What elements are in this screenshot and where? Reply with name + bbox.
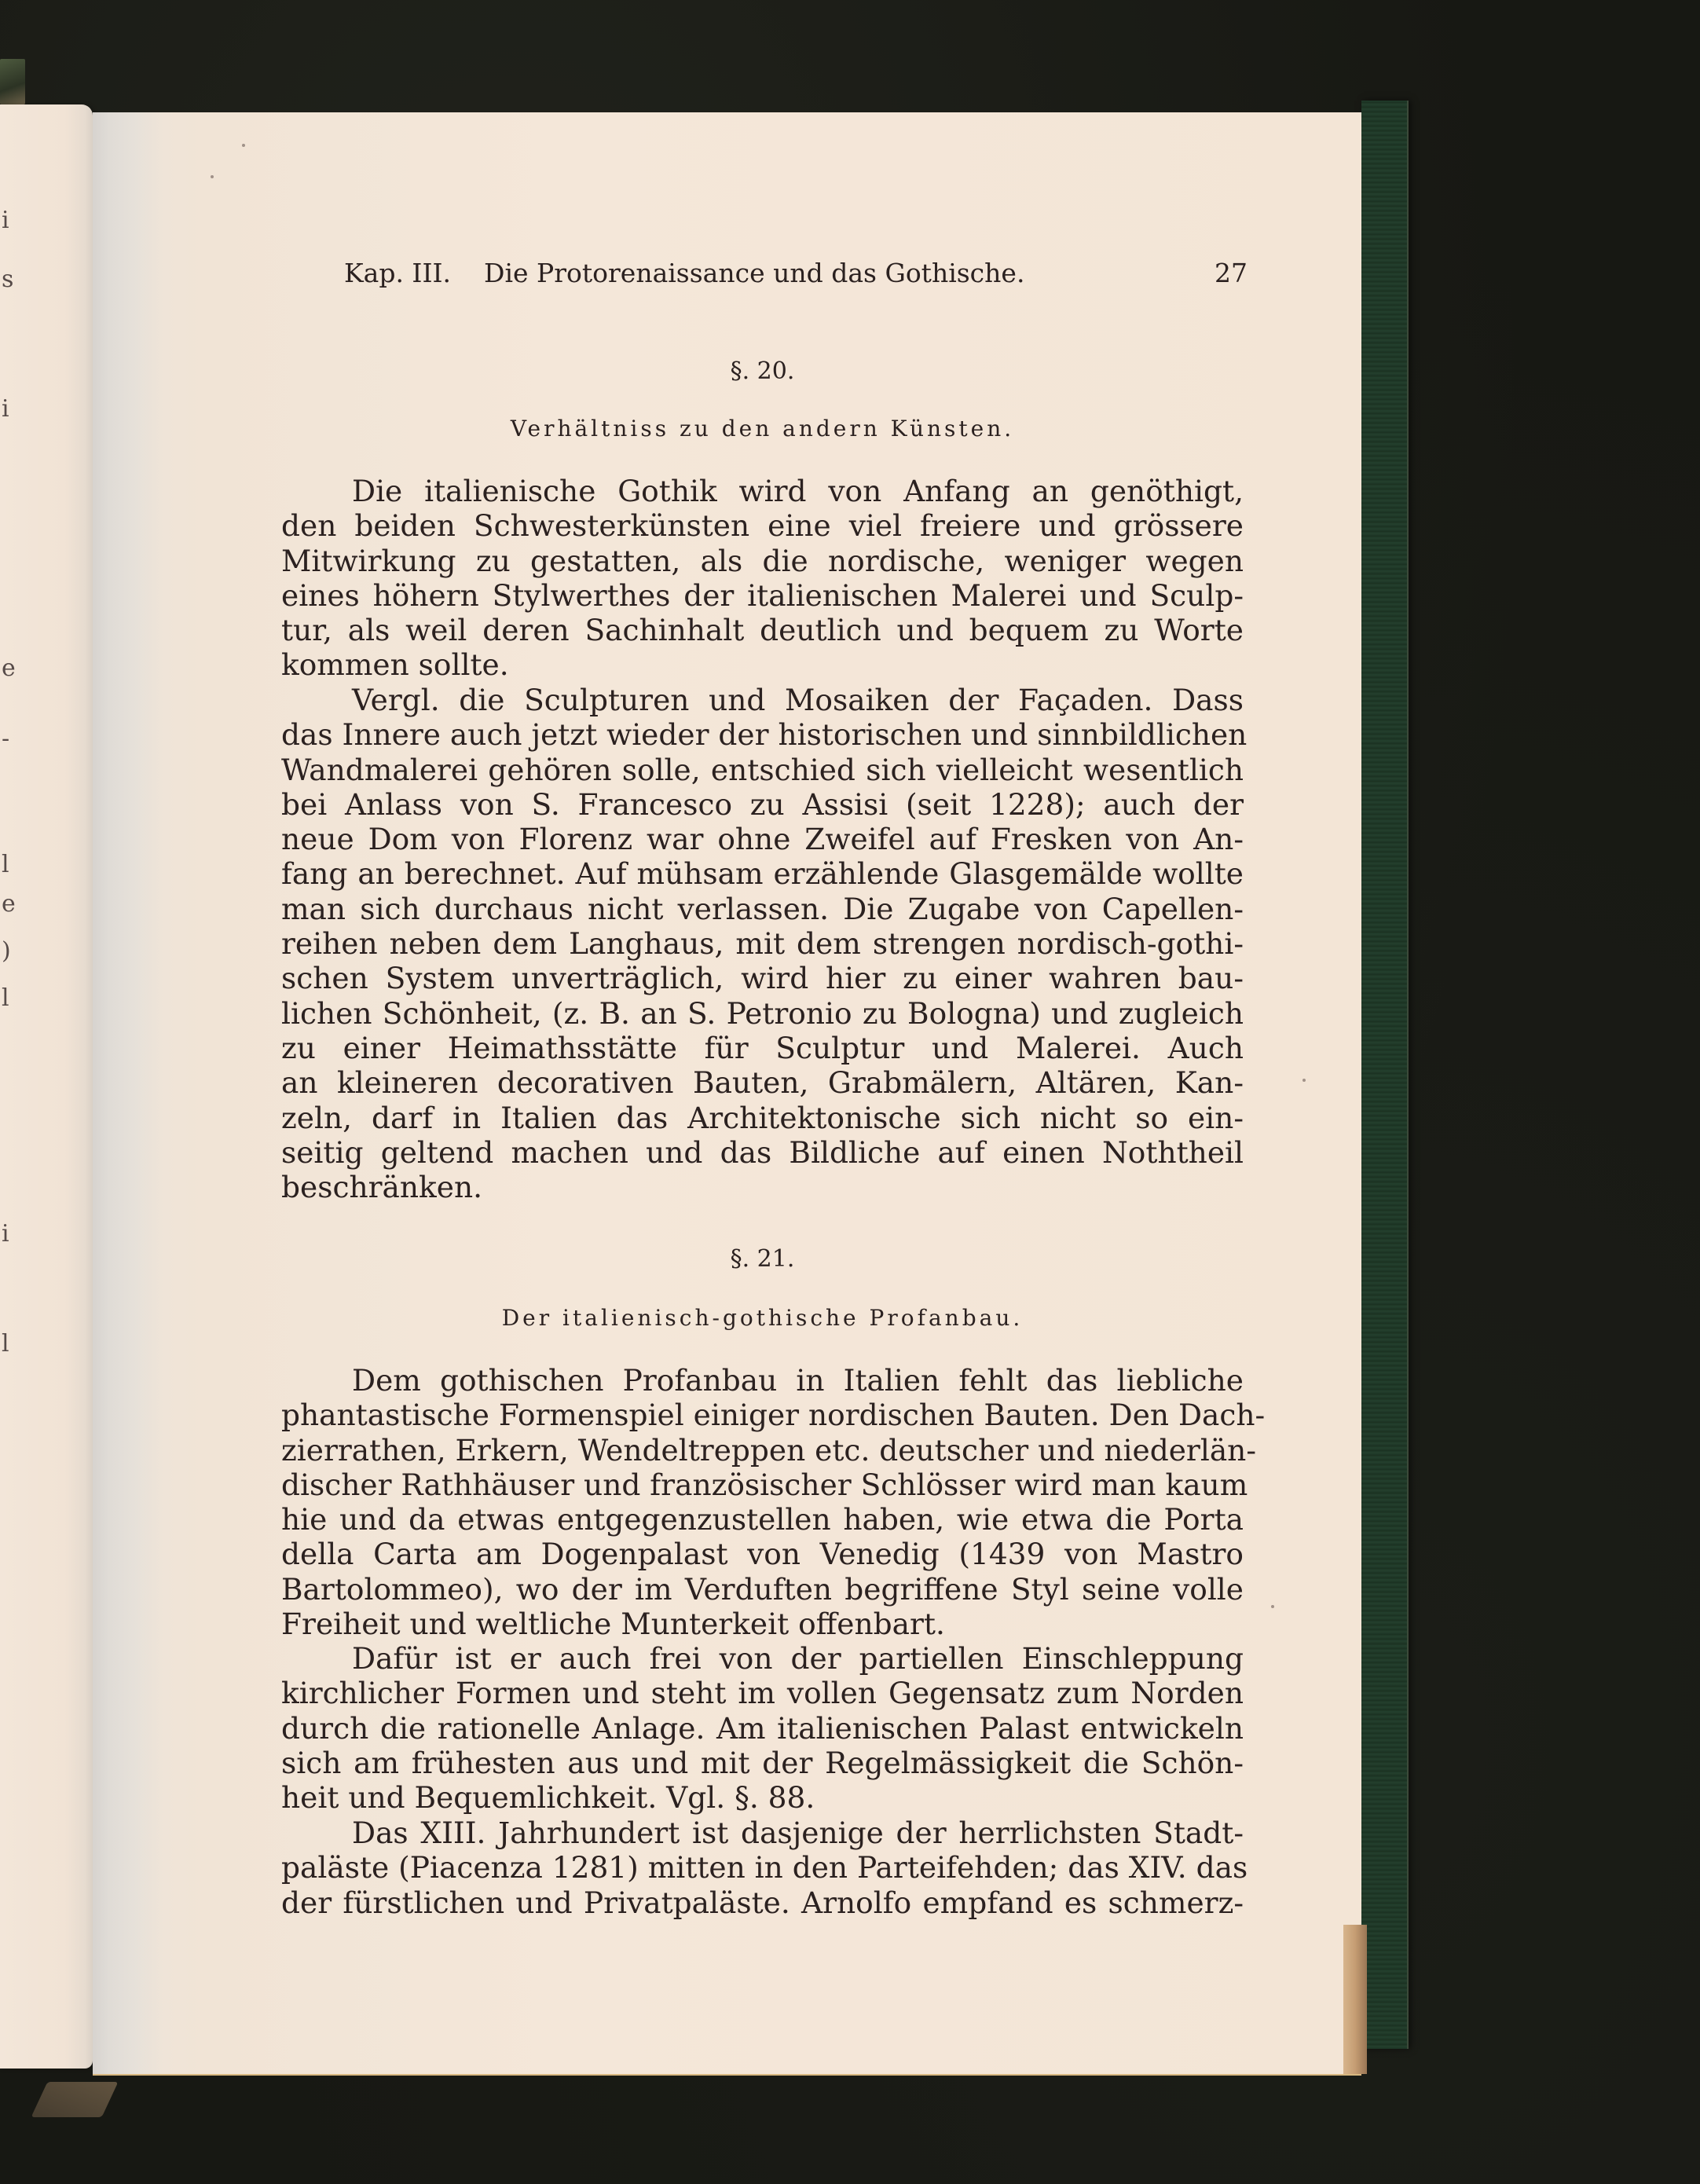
- bleed-char: i: [2, 207, 9, 234]
- text-line: eines höhern Stylwerthes der italienisch…: [281, 578, 1244, 613]
- text-line: discher Rathhäuser und französischer Sch…: [281, 1468, 1244, 1502]
- page-number: 27: [1215, 258, 1248, 288]
- text-line: heit und Bequemlichkeit. Vgl. §. 88.: [281, 1780, 1244, 1815]
- paragraph: Die italienische Gothik wird von Anfang …: [281, 474, 1244, 683]
- paragraph: Vergl. die Sculpturen und Mosaiken der F…: [281, 683, 1244, 1204]
- text-line: hie und da etwas entgegenzustellen haben…: [281, 1502, 1244, 1537]
- chapter-title: Die Protorenaissance und das Gothische.: [484, 258, 1024, 288]
- bleed-char: i: [2, 395, 9, 423]
- bleed-char: i: [2, 1220, 9, 1248]
- text-line: Das XIII. Jahrhundert ist dasjenige der …: [281, 1816, 1244, 1850]
- text-line: Freiheit und weltliche Munterkeit offenb…: [281, 1607, 1244, 1641]
- paragraph: Dem gothischen Profanbau in Italien fehl…: [281, 1363, 1244, 1641]
- paper-speck: [1302, 1079, 1306, 1082]
- page-block-edge: [1343, 1925, 1367, 2074]
- text-line: kirchlicher Formen und steht im vollen G…: [281, 1676, 1244, 1710]
- paper-speck: [211, 175, 214, 178]
- section-title: Der italienisch-gothische Profanbau.: [281, 1305, 1244, 1331]
- text-line: Dafür ist er auch frei von der partielle…: [281, 1641, 1244, 1676]
- section-number: §. 21.: [281, 1245, 1244, 1273]
- section-title: Verhältniss zu den andern Künsten.: [281, 416, 1244, 442]
- text-line: an kleineren decorativen Bauten, Grabmäl…: [281, 1065, 1244, 1100]
- text-line: paläste (Piacenza 1281) mitten in den Pa…: [281, 1850, 1244, 1885]
- paragraph: Dafür ist er auch frei von der partielle…: [281, 1641, 1244, 1815]
- text-line: fang an berechnet. Auf mühsam erzählende…: [281, 856, 1244, 891]
- section-number: §. 20.: [281, 357, 1244, 385]
- text-line: schen System unverträglich, wird hier zu…: [281, 961, 1244, 995]
- paper-speck: [242, 144, 245, 147]
- text-line: Bartolommeo), wo der im Verduften begrif…: [281, 1572, 1244, 1607]
- text-line: bei Anlass von S. Francesco zu Assisi (s…: [281, 787, 1244, 822]
- text-line: Wandmalerei gehören solle, entschied sic…: [281, 753, 1244, 787]
- text-line: neue Dom von Florenz war ohne Zweifel au…: [281, 822, 1244, 856]
- book-page: Kap. III. Die Protorenaissance und das G…: [93, 112, 1361, 2076]
- text-line: der fürstlichen und Privatpaläste. Arnol…: [281, 1885, 1244, 1920]
- text-line: Mitwirkung zu gestatten, als die nordisc…: [281, 544, 1244, 578]
- text-line: zeln, darf in Italien das Architektonisc…: [281, 1101, 1244, 1135]
- bleed-char: l: [2, 851, 9, 878]
- text-line: Dem gothischen Profanbau in Italien fehl…: [281, 1363, 1244, 1398]
- text-line: durch die rationelle Anlage. Am italieni…: [281, 1711, 1244, 1746]
- running-head-title: Kap. III. Die Protorenaissance und das G…: [344, 258, 1024, 288]
- left-cover-fragment: [0, 59, 25, 104]
- bleed-char: l: [2, 984, 9, 1012]
- text-line: den beiden Schwesterkünsten eine viel fr…: [281, 508, 1244, 543]
- text-line: reihen neben dem Langhaus, mit dem stren…: [281, 926, 1244, 961]
- bleed-char: ): [2, 937, 11, 965]
- text-line: man sich durchaus nicht verlassen. Die Z…: [281, 892, 1244, 926]
- text-line: beschränken.: [281, 1170, 1244, 1204]
- text-line: zu einer Heimathsstätte für Sculptur und…: [281, 1031, 1244, 1065]
- bleed-char: s: [2, 266, 13, 293]
- bleed-char: -: [2, 725, 9, 753]
- bleed-char: e: [2, 654, 16, 682]
- text-line: phantastische Formenspiel einiger nordis…: [281, 1398, 1244, 1432]
- text-line: sich am frühesten aus und mit der Regelm…: [281, 1746, 1244, 1780]
- text-line: tur, als weil deren Sachinhalt deutlich …: [281, 613, 1244, 647]
- text-line: lichen Schönheit, (z. B. an S. Petronio …: [281, 996, 1244, 1031]
- gutter-shadow: [93, 112, 163, 2074]
- chapter-label: Kap. III.: [344, 258, 451, 288]
- bleed-char: e: [2, 890, 16, 918]
- text-line: Vergl. die Sculpturen und Mosaiken der F…: [281, 683, 1244, 717]
- text-line: zierrathen, Erkern, Wendeltreppen etc. d…: [281, 1433, 1244, 1468]
- bleed-char: l: [2, 1330, 9, 1358]
- text-line: seitig geltend machen und das Bildliche …: [281, 1135, 1244, 1170]
- text-line: kommen sollte.: [281, 647, 1244, 682]
- left-page-sliver: i s i e - l e ) l i l: [0, 104, 93, 2069]
- paper-speck: [1271, 1605, 1274, 1608]
- book-cover-edge: [1361, 101, 1409, 2049]
- text-line: das Innere auch jetzt wieder der histori…: [281, 717, 1244, 752]
- paragraph: Das XIII. Jahrhundert ist dasjenige der …: [281, 1816, 1244, 1920]
- text-line: Die italienische Gothik wird von Anfang …: [281, 474, 1244, 508]
- running-head: Kap. III. Die Protorenaissance und das G…: [344, 258, 1248, 288]
- text-line: della Carta am Dogenpalast von Venedig (…: [281, 1537, 1244, 1571]
